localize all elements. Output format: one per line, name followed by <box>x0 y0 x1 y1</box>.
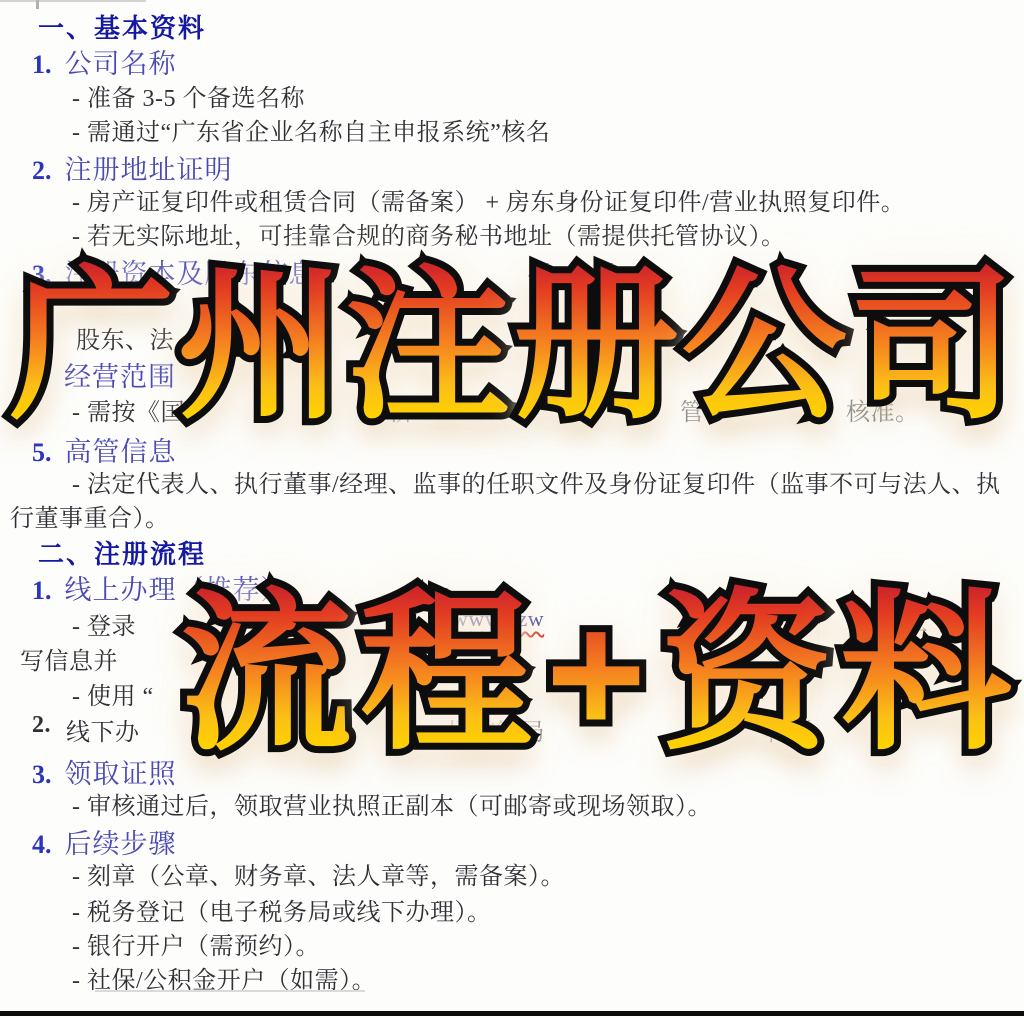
overlay-char: 司司 <box>848 246 1016 446</box>
fragment-use: - 使用 “ <box>72 676 154 711</box>
bullet-tax: - 税务登记（电子税务局或线下办理）。 <box>72 892 492 927</box>
overlay-title-process-materials: 流流程程++资资料料 <box>176 572 1016 777</box>
item-number: 4. <box>32 830 52 859</box>
bullet-seal: - 刻章（公章、财务章、法人章等，需备案）。 <box>72 856 565 891</box>
overlay-char: 册册 <box>512 246 680 446</box>
overlay-char-plus: ++ <box>536 572 656 777</box>
overlay-char: 州州 <box>176 246 344 446</box>
bullet-exec-2: 行董事重合）。 <box>10 498 170 533</box>
item-number: 2. <box>32 156 52 185</box>
item-title: 注册地址证明 <box>65 155 233 185</box>
overlay-char: 流流 <box>176 572 356 777</box>
heading-basic-info: 一、基本资料 <box>38 8 206 45</box>
bullet-names-count: - 准备 3-5 个备选名称 <box>72 78 305 113</box>
item-number: 2. <box>32 712 51 739</box>
overlay-char: 料料 <box>836 572 1016 777</box>
overlay-title-guangzhou-register: 广广州州注注册册公公司司 <box>8 246 1016 446</box>
bullet-address-1: - 房产证复印件或租赁合同（需备案） + 房东身份证复印件/营业执照复印件。 <box>72 182 905 217</box>
item-title-fragment: 线下办 <box>66 712 140 747</box>
item-title: 后续步骤 <box>65 829 177 859</box>
bullet-bank: - 银行开户（需预约）。 <box>72 926 320 961</box>
overlay-char: 公公 <box>680 246 848 446</box>
item-number: 1. <box>32 576 52 605</box>
overlay-char: 资资 <box>656 572 836 777</box>
faint-rule <box>95 990 365 992</box>
item-title: 领取证照 <box>65 759 177 789</box>
document-page: 一、基本资料 1.公司名称 - 准备 3-5 个备选名称 - 需通过“广东省企业… <box>0 0 1024 1018</box>
bottom-divider-bar <box>0 1011 1024 1016</box>
overlay-char: 广广 <box>8 246 176 446</box>
bullet-exec-1: - 法定代表人、执行董事/经理、监事的任职文件及身份证复印件（监事不可与法人、执 <box>72 464 1001 499</box>
bullet-license: - 审核通过后，领取营业执照正副本（可邮寄或现场领取）。 <box>72 786 712 821</box>
fragment-login: - 登录 <box>72 606 136 641</box>
fragment-fill-info: 写信息并 <box>20 641 118 676</box>
item-number: 3. <box>32 760 52 789</box>
heading-registration-process: 二、注册流程 <box>38 534 206 571</box>
overlay-char: 程程 <box>356 572 536 777</box>
item-title: 公司名称 <box>65 49 177 79</box>
overlay-char: 注注 <box>344 246 512 446</box>
item-company-name: 1.公司名称 <box>32 42 177 81</box>
top-left-hairline <box>0 0 146 2</box>
item-number: 1. <box>32 50 52 79</box>
bullet-name-check: - 需通过“广东省企业名称自主申报系统”核名 <box>72 112 550 147</box>
